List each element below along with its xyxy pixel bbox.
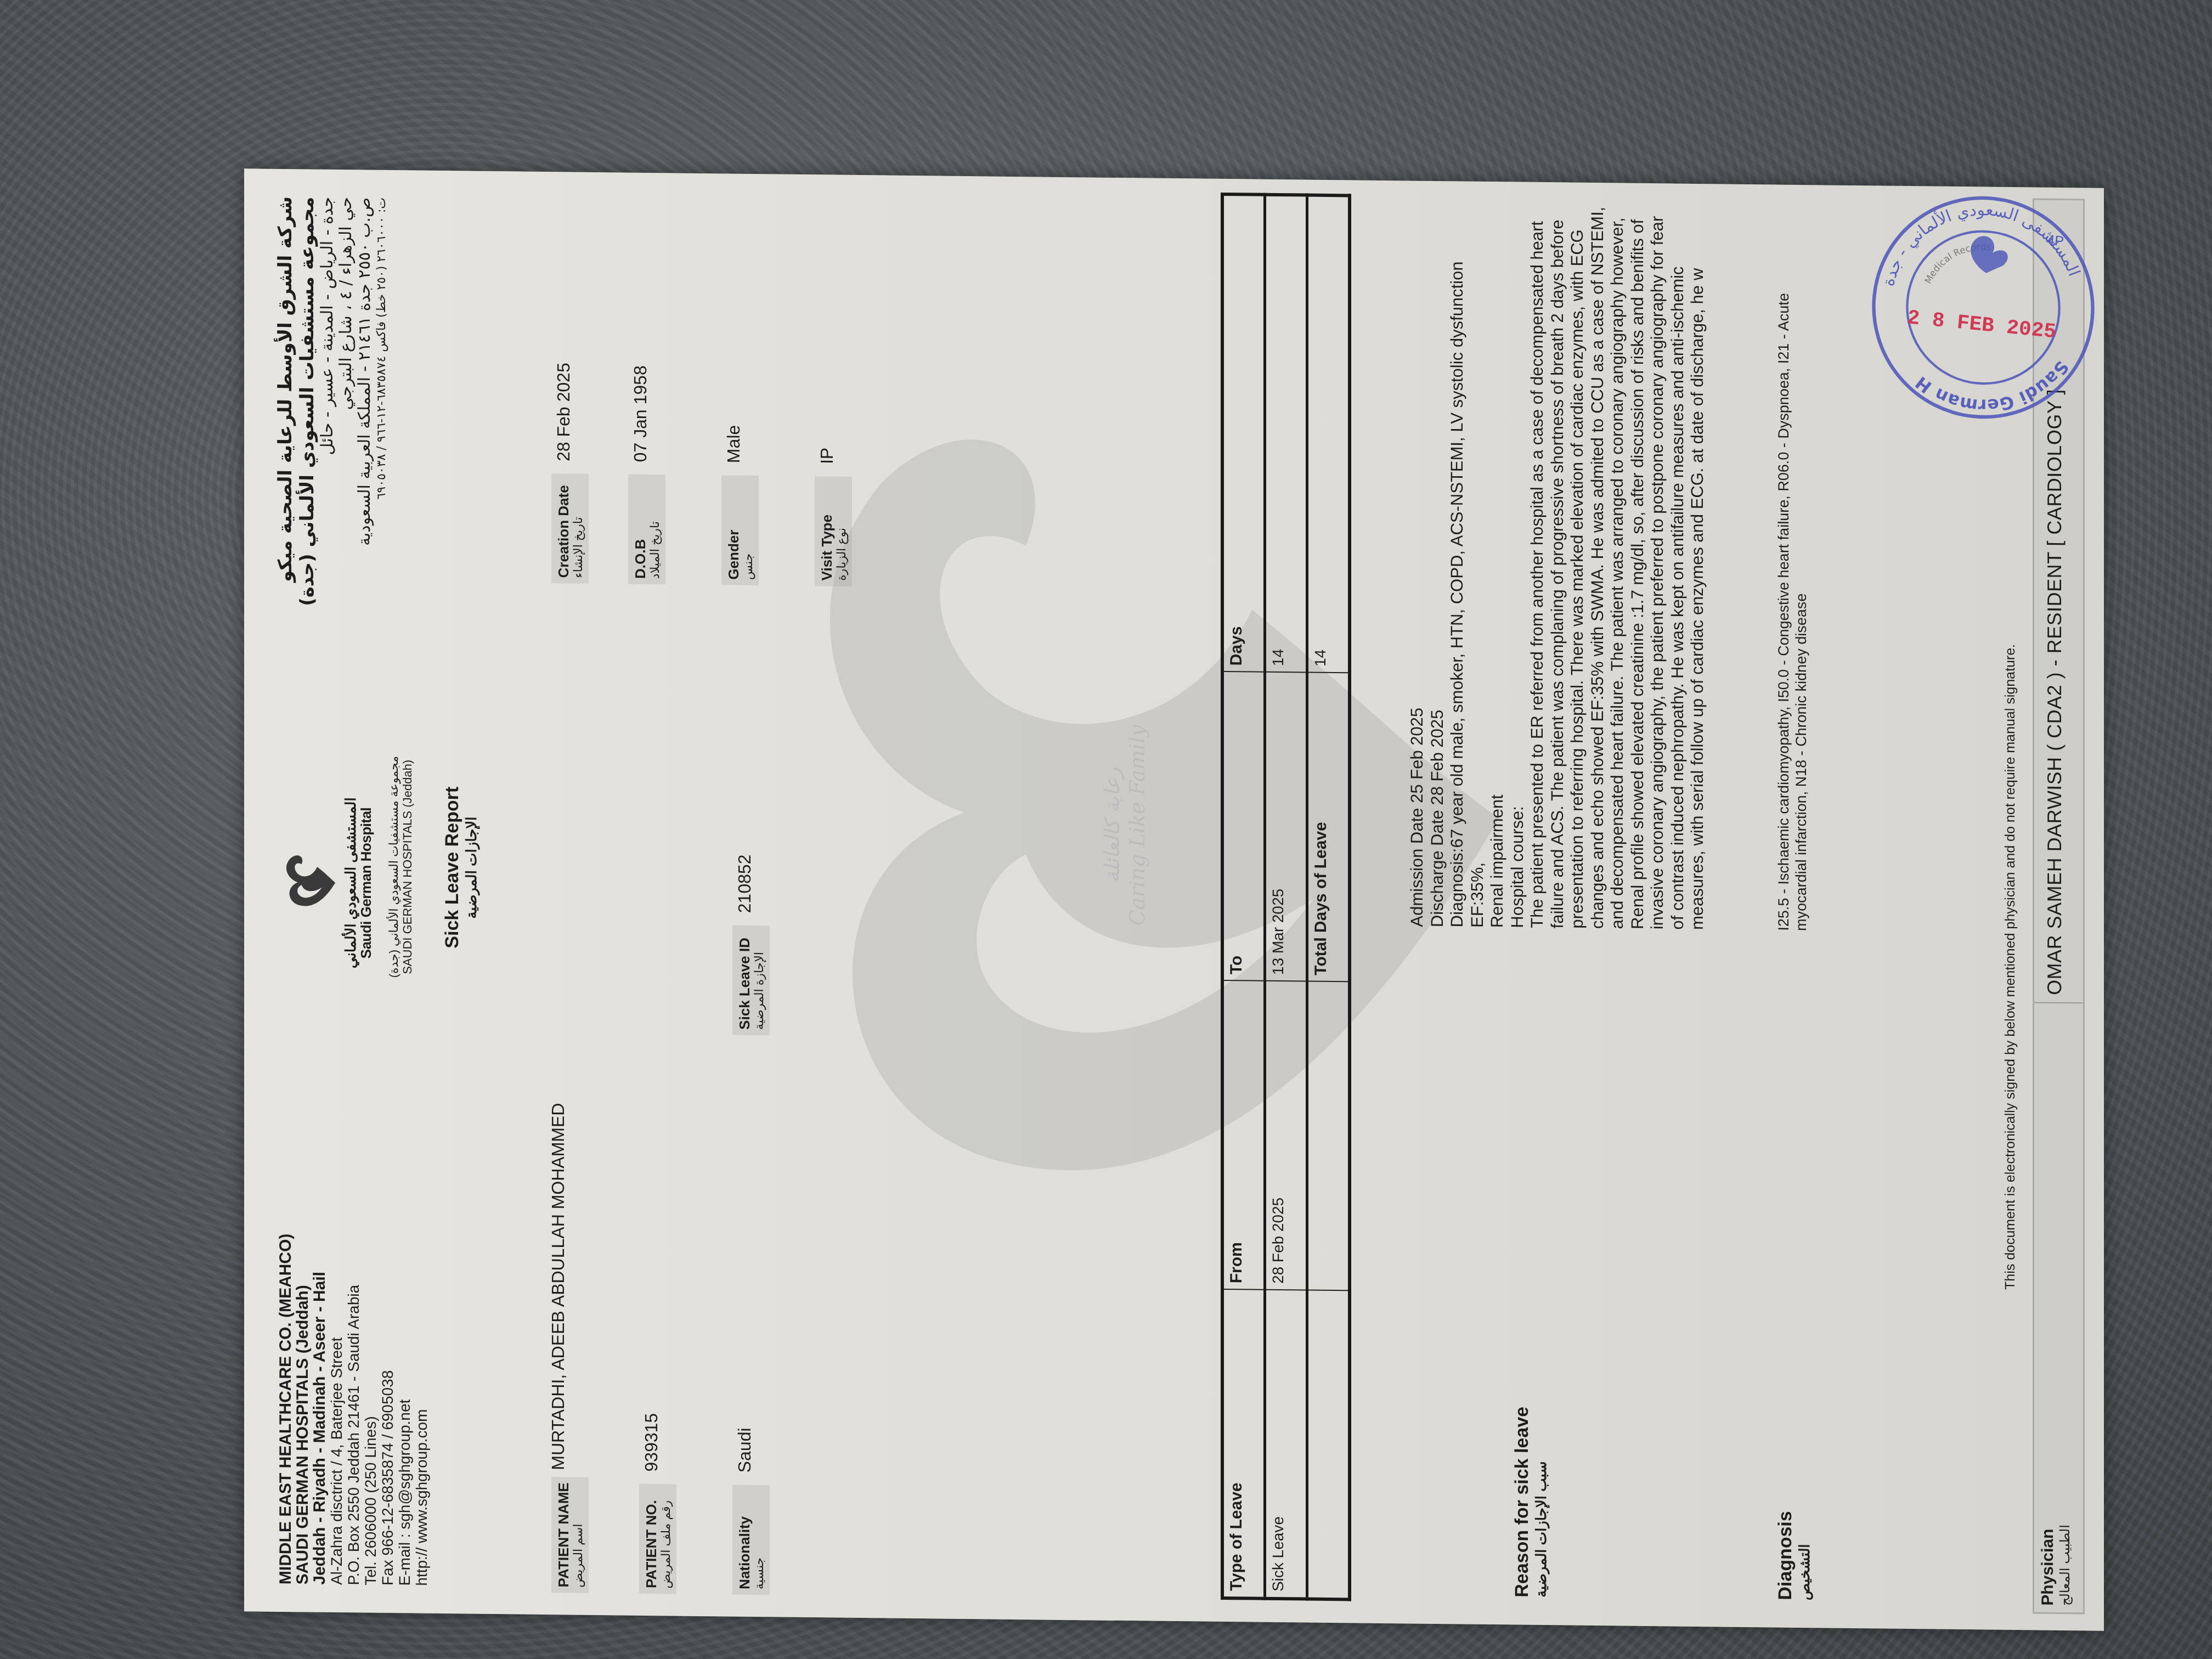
label-en: Sick Leave ID — [737, 931, 752, 1030]
physician-divider — [2034, 1002, 2083, 1003]
sick-leave-report-document: رعاية كالعائلة Caring Like Family MIDDLE… — [244, 168, 2104, 1631]
nationality-label: Nationality جنسية — [732, 1485, 770, 1595]
patient-name-label: PATIENT NAME اسم المريض — [551, 1477, 589, 1593]
diagnosis-label: Diagnosis التشخيص — [1775, 1511, 1813, 1600]
branch-cities: Jeddah - Riyadh - Madinah - Aseer - Hail — [311, 1091, 328, 1585]
company-address-block: MIDDLE EAST HEALTHCARE CO. (MEAHCO) SAUD… — [277, 1091, 430, 1586]
cell-empty — [1307, 1290, 1350, 1600]
gender-field: Gender جنس Male — [721, 425, 759, 586]
dob-value: 07 Jan 1958 — [630, 365, 651, 462]
electronic-signature-note: This document is electronically signed b… — [2002, 467, 2018, 1290]
website: http:// www.sghgroup.com — [413, 1092, 430, 1585]
cell-leave-type: Sick Leave — [1265, 1290, 1307, 1599]
group-name-en: SAUDI GERMAN HOSPITALS (Jeddah) — [400, 697, 414, 1037]
logo-text-en: Saudi German Hospital — [358, 729, 374, 1036]
label-ar: جنسية — [752, 1491, 766, 1589]
address-street: Al-Zahra disctrict / 4, Baterjee Street — [328, 1091, 345, 1585]
contact-ar: ت: ٢٦٠٦٠٠٠ (٢٥٠ خط) فاكس ٦٨٣٥٨٧٤-١٢-٩٦٦ … — [374, 198, 390, 636]
reason-label: Reason for sick leave سبب الإجازات المرض… — [1511, 1407, 1550, 1598]
diagnosis-label-ar: التشخيص — [1796, 1511, 1813, 1600]
reason-label-ar: سبب الإجازات المرضية — [1533, 1407, 1550, 1598]
reason-text: Admission Date 25 Feb 2025 Discharge Dat… — [1407, 197, 1708, 930]
label-ar: اسم المريض — [571, 1482, 585, 1587]
label-en: Creation Date — [556, 479, 571, 578]
patient-number-value: 939315 — [641, 1413, 662, 1472]
email: E-mail : sgh@sghgroup.net — [396, 1092, 413, 1585]
hospital-course-text: The patient presented to ER referred fro… — [1527, 199, 1708, 930]
leave-table: Type of Leave From To Days Sick Leave 28… — [1221, 193, 1351, 1601]
stamp-heart-icon — [1969, 235, 2010, 275]
table-total-row: Total Days of Leave 14 — [1307, 195, 1350, 1600]
physician-label: Physician الطبيب المعالج — [2039, 1525, 2073, 1606]
branch-cities-ar: جدة - الرياض - المدينة - عسير - حائل — [318, 197, 337, 636]
nationality-value: Saudi — [735, 1427, 755, 1472]
hospital-group-name: مجموعة مستشفيات السعودي الألماني (جدة) S… — [387, 697, 414, 1037]
label-ar: الإجازة المرضية — [752, 931, 766, 1030]
report-title-en: Sick Leave Report — [442, 697, 463, 1037]
diagnosis-summary: Diagnosis:67 year old male, smoker, HTN,… — [1447, 198, 1487, 928]
admission-date: Admission Date 25 Feb 2025 — [1407, 197, 1427, 927]
visit-type-value: IP — [817, 447, 837, 464]
logo-text-ar: المستشفى السعودي الألماني — [343, 729, 358, 1036]
hospital-name-ar: مجموعة مستشفيات السعودي الألماني (جدة) — [296, 196, 318, 635]
label-en: Nationality — [737, 1491, 752, 1589]
label-en: PATIENT NO. — [644, 1489, 659, 1588]
cell-to-date: 13 Mar 2025 — [1265, 672, 1307, 981]
stamp-corner-mark: 4P — [2046, 232, 2064, 249]
cell-days: 14 — [1265, 195, 1307, 673]
company-address-block-ar: شركة الشرق الأوسط للرعاية الصحية ميكو مج… — [274, 196, 390, 636]
company-name-ar: شركة الشرق الأوسط للرعاية الصحية ميكو — [274, 196, 296, 635]
discharge-date: Discharge Date 28 Feb 2025 — [1427, 198, 1448, 927]
table-row: Sick Leave 28 Feb 2025 13 Mar 2025 14 — [1265, 195, 1307, 1599]
dob-field: D.O.B تاريخ الميلاد 07 Jan 1958 — [628, 365, 665, 584]
patient-number-label: PATIENT NO. رقم ملف المريض — [639, 1484, 676, 1594]
gender-label: Gender جنس — [721, 475, 759, 585]
gender-value: Male — [724, 425, 744, 464]
physician-name: OMAR SAMEH DARWISH ( CDA2 ) - RESIDENT [… — [2043, 389, 2066, 995]
visit-type-label: Visit Type نوع الزيارة — [815, 476, 852, 586]
col-days: Days — [1222, 194, 1265, 672]
physician-label-ar: الطبيب المعالج — [2057, 1525, 2073, 1606]
total-days-label: Total Days of Leave — [1307, 673, 1350, 982]
company-name: MIDDLE EAST HEALTHCARE CO. (MEAHCO) — [277, 1091, 294, 1584]
address-street-ar: حي الزهراء / ٤ ، شارع البترجي — [337, 197, 356, 636]
col-to: To — [1222, 672, 1265, 981]
reason-label-en: Reason for sick leave — [1511, 1407, 1533, 1598]
label-en: Gender — [726, 481, 741, 579]
report-title: Sick Leave Report الإجازات المرضية — [442, 697, 480, 1038]
creation-date-label: Creation Date تاريخ الإنشاء — [551, 473, 589, 584]
hospital-logo: المستشفى السعودي الألماني Saudi German H… — [280, 729, 374, 1037]
label-ar: تاريخ الإنشاء — [571, 479, 585, 578]
telephone: Tel. 2606000 (250 Lines) — [362, 1092, 379, 1585]
dob-label: D.O.B تاريخ الميلاد — [628, 475, 665, 585]
hospital-course-heading: Hospital course: — [1508, 198, 1528, 928]
label-ar: تاريخ الميلاد — [648, 480, 662, 579]
patient-name-field: PATIENT NAME اسم المريض MURTADHI, ADEEB … — [551, 1103, 589, 1593]
watermark-slogan: رعاية كالعائلة Caring Like Family — [1100, 715, 1150, 935]
label-en: PATIENT NAME — [556, 1482, 571, 1587]
report-title-ar: الإجازات المرضية — [463, 697, 480, 1037]
watermark-slogan-ar: رعاية كالعائلة — [1100, 715, 1125, 935]
patient-name-value: MURTADHI, ADEEB ABDULLAH MOHAMMED — [548, 1103, 568, 1470]
hospital-name: SAUDI GERMAN HOSPITALS (Jeddah) — [294, 1091, 311, 1584]
table-header-row: Type of Leave From To Days — [1222, 194, 1265, 1599]
sick-leave-id-value: 210852 — [735, 854, 755, 913]
nationality-field: Nationality جنسية Saudi — [732, 1427, 770, 1595]
fax: Fax 966-12-6835874 / 6905038 — [379, 1092, 396, 1585]
patient-number-field: PATIENT NO. رقم ملف المريض 939315 — [639, 1413, 676, 1594]
diagnosis-label-en: Diagnosis — [1775, 1511, 1796, 1600]
sick-leave-id-label: Sick Leave ID الإجازة المرضية — [732, 926, 770, 1036]
col-from: From — [1222, 980, 1265, 1290]
group-name-ar: مجموعة مستشفيات السعودي الألماني (جدة) — [387, 697, 400, 1037]
total-days-value: 14 — [1307, 195, 1350, 673]
label-ar: نوع الزيارة — [834, 482, 849, 581]
physician-label-en: Physician — [2039, 1525, 2057, 1606]
visit-type-field: Visit Type نوع الزيارة IP — [815, 447, 852, 586]
label-ar: جنس — [741, 481, 755, 580]
diagnosis-summary-cont: Renal impairment — [1487, 198, 1508, 928]
stamp-date: 2 8 FEB 2025 — [1906, 307, 2057, 344]
diagnosis-codes: I25.5 - Ischaemic cardiomyopathy, I50.0 … — [1775, 217, 1810, 931]
watermark-slogan-en: Caring Like Family — [1125, 715, 1150, 935]
hospital-stamp: المستشفى السعودي الألماني - جدة Saudi Ge… — [1858, 182, 2108, 433]
cell-empty — [1307, 981, 1350, 1291]
label-ar: رقم ملف المريض — [659, 1489, 673, 1588]
address-pobox-ar: ص.ب ٢٥٥٠ جدة ٢١٤٦١ - المملكة العربية الس… — [356, 197, 374, 636]
heart-logo-icon — [280, 852, 340, 913]
label-en: Visit Type — [819, 482, 834, 580]
label-en: D.O.B — [633, 480, 648, 579]
col-type-of-leave: Type of Leave — [1222, 1289, 1265, 1599]
creation-date-value: 28 Feb 2025 — [554, 363, 574, 461]
cell-from-date: 28 Feb 2025 — [1265, 981, 1307, 1290]
creation-date-field: Creation Date تاريخ الإنشاء 28 Feb 2025 — [551, 363, 589, 584]
sick-leave-id-field: Sick Leave ID الإجازة المرضية 210852 — [732, 854, 770, 1035]
address-pobox: P.O. Box 2550 Jeddah 21461 - Saudi Arabi… — [345, 1091, 362, 1585]
